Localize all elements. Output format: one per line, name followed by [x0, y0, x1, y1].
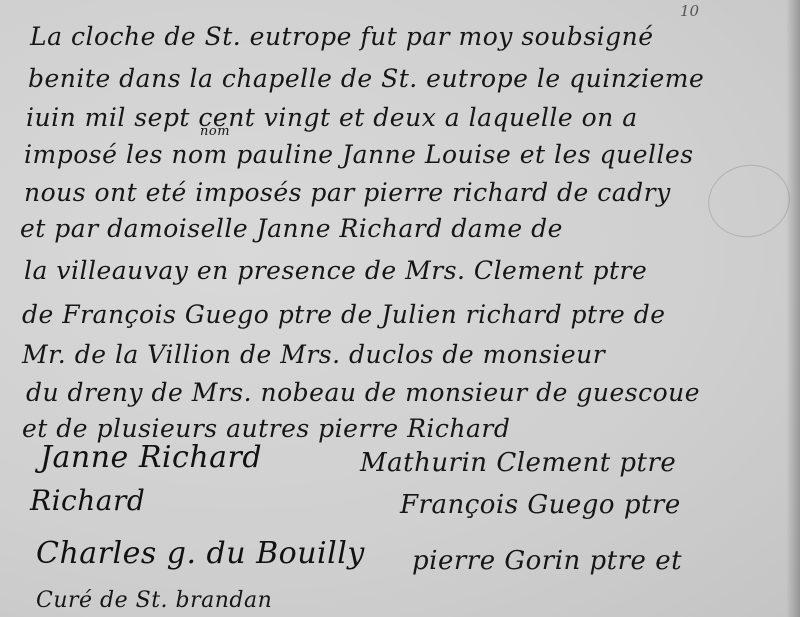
signature-charles-du-bouilly: Charles g. du Bouilly	[36, 536, 365, 571]
text-line-8: de François Guego ptre de Julien richard…	[22, 300, 666, 329]
signature-mathurin-clement: Mathurin Clement ptre	[360, 448, 676, 478]
text-line-2: benite dans la chapelle de St. eutrope l…	[28, 64, 704, 93]
signature-richard: Richard	[30, 484, 145, 517]
text-line-7: la villeauvay en presence de Mrs. Clemen…	[24, 256, 647, 285]
text-line-3: iuin mil sept cent vingt et deux a laque…	[26, 103, 638, 132]
text-line-10: du dreny de Mrs. nobeau de monsieur de g…	[26, 378, 700, 407]
text-line-4: imposé les nom pauline Janne Louise et l…	[24, 140, 694, 169]
faded-stamp	[701, 157, 796, 244]
text-line-9: Mr. de la Villion de Mrs. duclos de mons…	[22, 340, 605, 369]
signature-francois-guego: François Guego ptre	[400, 490, 681, 520]
superscript-insertion: nom	[200, 124, 230, 139]
signature-pierre-gorin: pierre Gorin ptre et	[412, 546, 682, 576]
signature-cure-st-brandan: Curé de St. brandan	[36, 588, 272, 613]
folio-number: 10	[680, 2, 699, 20]
signature-janne-richard: Janne Richard	[40, 440, 262, 475]
text-line-5: nous ont eté imposés par pierre richard …	[24, 178, 671, 207]
text-line-1: La cloche de St. eutrope fut par moy sou…	[30, 22, 654, 51]
text-line-11: et de plusieurs autres pierre Richard	[22, 414, 510, 443]
text-line-6: et par damoiselle Janne Richard dame de	[20, 214, 563, 243]
document-page: 10 La cloche de St. eutrope fut par moy …	[0, 0, 800, 617]
